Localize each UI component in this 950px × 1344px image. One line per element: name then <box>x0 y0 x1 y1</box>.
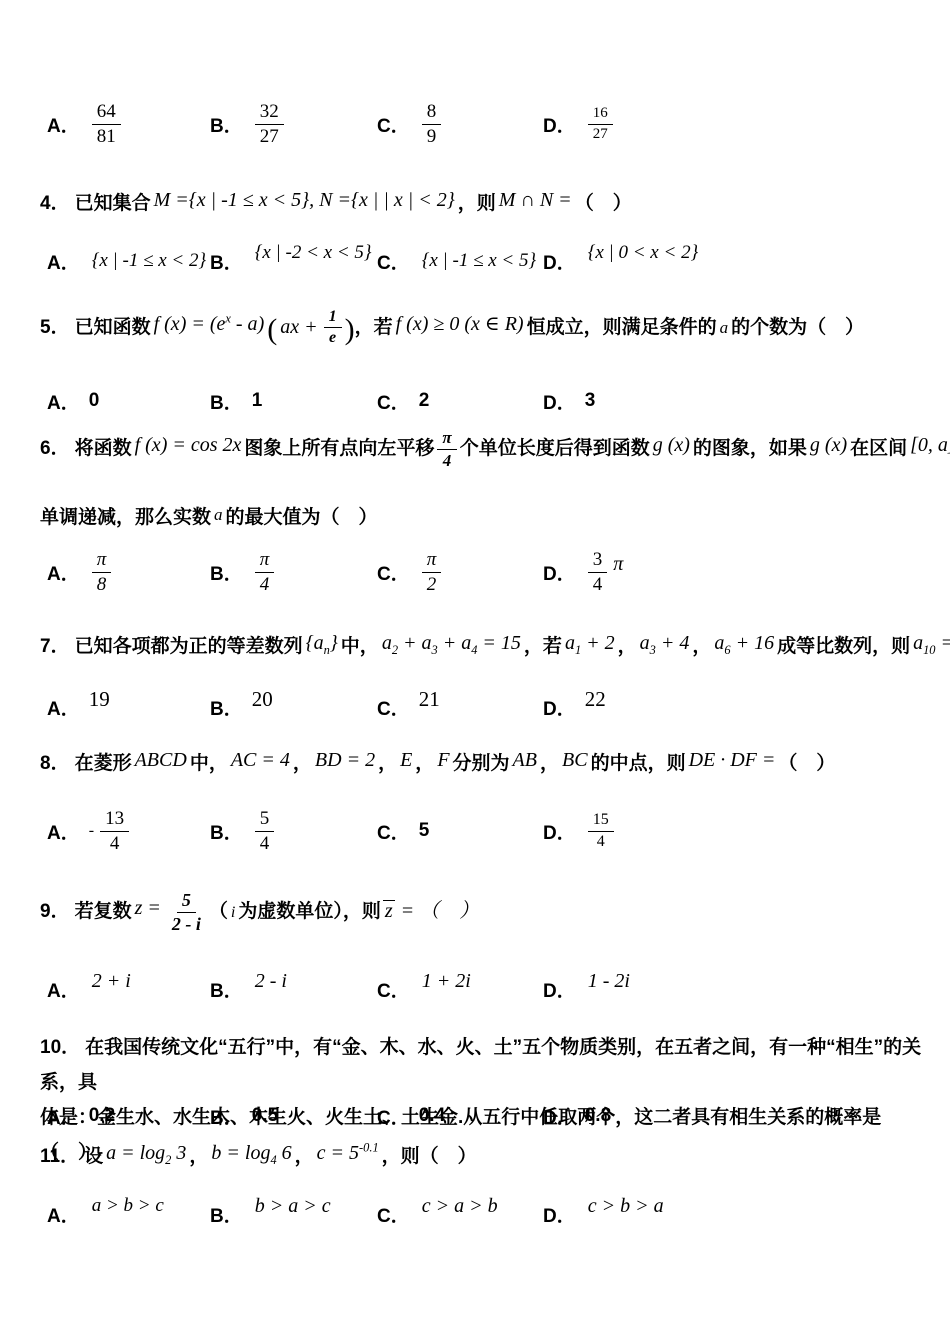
fraction: π4 <box>255 549 275 596</box>
z-conjugate: z <box>383 900 395 922</box>
q5-stem: 5．已知函数f (x) = (ex - a)(ax +1e)，若f (x) ≥ … <box>40 308 922 348</box>
option-label: B． <box>210 559 243 586</box>
stem-text: ， <box>295 1146 314 1167</box>
question-number: 7． <box>40 636 70 657</box>
pi-symbol: π <box>613 553 623 576</box>
option-label: D． <box>543 818 576 845</box>
fraction-numerator: π <box>422 549 442 573</box>
fraction: 134 <box>100 808 129 855</box>
fraction: 6481 <box>92 101 121 148</box>
fraction: 89 <box>422 101 442 148</box>
stem-text: 图象上所有点向左平移 <box>244 438 434 459</box>
math-expression: f (x) = (ex - a) <box>154 310 265 338</box>
fraction-numerator: 3 <box>588 549 608 573</box>
option-value: 0.4 <box>419 1105 445 1127</box>
fraction-numerator: 64 <box>92 101 121 125</box>
stem-text: 中， <box>190 753 228 774</box>
q4-option-d: D． {x | 0 < x < 2} <box>543 248 930 275</box>
question-number: 4． <box>40 193 70 214</box>
option-value: c > b > a <box>588 1195 664 1218</box>
fraction-denominator: 4 <box>592 832 610 851</box>
fraction-numerator: 8 <box>422 101 442 125</box>
q11-options-row: A． a > b > c B． b > a > c C． c > a > b D… <box>47 1192 930 1236</box>
q5-option-d: D． 3 <box>543 388 930 415</box>
stem-text: ， <box>692 636 711 657</box>
option-value: {x | -1 ≤ x < 5} <box>422 250 536 272</box>
answer-blank: （ ） <box>778 753 835 774</box>
answer-blank: （ ） <box>575 193 632 214</box>
math-expression: M ={x | -1 ≤ x < 5}, N ={x | | x | < 2} <box>154 186 455 214</box>
option-value: 0 <box>89 390 100 412</box>
minus-sign: - <box>89 822 94 840</box>
stem-text: ，若 <box>524 636 562 657</box>
question-number: 5． <box>40 317 70 338</box>
math-expression: F <box>437 746 449 774</box>
math-expression: a1 + 2 <box>565 629 615 659</box>
option-value: 0.8 <box>585 1105 611 1127</box>
fraction-numerator: 5 <box>255 808 275 832</box>
math-expression: f (x) ≥ 0 (x ∈ R) <box>396 310 524 338</box>
fraction-numerator: π <box>437 428 456 450</box>
q8-stem: 8．在菱形ABCD中，AC = 4，BD = 2，E，F分别为AB，BC的中点，… <box>40 749 922 778</box>
fraction-denominator: 4 <box>255 832 275 855</box>
stem-text: 单调递减，那么实数 <box>40 507 211 528</box>
option-label: A． <box>47 1103 80 1130</box>
math-expression: a = log2 3 <box>106 1139 186 1169</box>
fraction: 3227 <box>255 101 284 148</box>
option-label: C． <box>377 248 410 275</box>
stem-text: ，则 <box>458 193 496 214</box>
q5-option-c: C． 2 <box>377 388 543 415</box>
math-expression: E <box>400 746 412 774</box>
question-number: 11． <box>40 1146 79 1167</box>
math-expression: a <box>720 318 729 337</box>
q10-option-a: A． 0.2 <box>47 1103 210 1130</box>
option-value: 2 <box>419 390 430 412</box>
q7-option-d: D． 22 <box>543 694 930 721</box>
option-value: 2 - i <box>255 970 287 993</box>
option-value: 1 - 2i <box>588 970 630 993</box>
fraction: 1e <box>324 308 342 348</box>
stem-text: 中， <box>341 636 379 657</box>
option-label: C． <box>377 976 410 1003</box>
q4-option-a: A． {x | -1 ≤ x < 2} <box>47 248 210 275</box>
option-label: B． <box>210 111 243 138</box>
stem-text: 成等比数列，则 <box>777 636 910 657</box>
q3-option-d: D． 1627 <box>543 105 930 143</box>
q4-options-row: A． {x | -1 ≤ x < 2} B． {x | -2 < x < 5} … <box>47 240 930 282</box>
q10-options-row: A． 0.2 B． 0.5 C． 0.4 D． 0.8 <box>47 1100 930 1132</box>
stem-text: 在区间 <box>850 438 907 459</box>
fraction-numerator: 5 <box>177 890 196 913</box>
fraction-denominator: 8 <box>92 573 112 596</box>
q10-option-c: C． 0.4 <box>377 1103 543 1130</box>
q6-option-b: B． π4 <box>210 549 377 596</box>
option-value: 1 + 2i <box>422 970 471 993</box>
option-label: A． <box>47 694 80 721</box>
stem-text: 的最大值为（ ） <box>226 507 378 528</box>
math-expression: a6 + 16 <box>714 629 774 659</box>
option-label: C． <box>377 1201 410 1228</box>
option-value: 20 <box>252 687 273 712</box>
stem-text: ， <box>618 636 637 657</box>
option-label: D． <box>543 1103 576 1130</box>
question-number: 6． <box>40 438 70 459</box>
fraction-denominator: 2 - i <box>167 913 206 935</box>
option-value: 0.2 <box>89 1105 115 1127</box>
math-expression: a3 + 4 <box>640 629 690 659</box>
option-value: 19 <box>89 687 110 712</box>
q10-option-b: B． 0.5 <box>210 1103 377 1130</box>
option-label: A． <box>47 248 80 275</box>
q6-options-row: A． π8 B． π4 C． π2 D． 34 π <box>47 543 930 601</box>
fraction: 154 <box>588 811 614 851</box>
stem-text: ，若 <box>355 317 393 338</box>
stem-text: ， <box>540 753 559 774</box>
option-label: B． <box>210 818 243 845</box>
math-expression: g (x) <box>810 431 847 459</box>
option-label: D． <box>543 1201 576 1228</box>
q8-option-d: D． 154 <box>543 811 930 851</box>
stem-text: 的个数为（ ） <box>731 317 864 338</box>
math-expression: c = 5-0.1 <box>317 1139 379 1167</box>
option-label: D． <box>543 111 576 138</box>
math-expression: b = log4 6 <box>211 1139 291 1169</box>
q5-option-b: B． 1 <box>210 388 377 415</box>
q3-option-a: A． 6481 <box>47 101 210 148</box>
option-label: D． <box>543 559 576 586</box>
math-expression: i <box>231 904 235 921</box>
option-value: {x | -2 < x < 5} <box>255 242 372 264</box>
fraction-denominator: 9 <box>422 125 442 148</box>
option-value: 3 <box>585 390 596 412</box>
math-expression: z = <box>135 894 161 922</box>
q9-options-row: A． 2 + i B． 2 - i C． 1 + 2i D． 1 - 2i <box>47 968 930 1010</box>
q9-option-c: C． 1 + 2i <box>377 976 543 1003</box>
fraction-numerator: π <box>255 549 275 573</box>
option-label: D． <box>543 388 576 415</box>
fraction: 1627 <box>588 105 613 143</box>
stem-text: ， <box>415 753 434 774</box>
option-value: 21 <box>419 687 440 712</box>
q8-option-c: C． 5 <box>377 818 543 845</box>
option-label: A． <box>47 818 80 845</box>
stem-text: 已知各项都为正的等差数列 <box>75 636 303 657</box>
q5-options-row: A． 0 B． 1 C． 2 D． 3 <box>47 384 930 418</box>
stem-text: 为虚数单位），则 <box>238 901 381 922</box>
fraction-denominator: 4 <box>105 832 125 855</box>
option-value: a > b > c <box>92 1195 164 1217</box>
math-expression: DE · DF = <box>689 746 776 774</box>
option-value: 1 <box>252 390 263 412</box>
option-label: B． <box>210 248 243 275</box>
fraction-numerator: 16 <box>588 105 613 124</box>
fraction-denominator: 4 <box>438 450 457 471</box>
fraction: 34 <box>588 549 608 596</box>
stem-text: 已知函数 <box>75 317 151 338</box>
q6-stem-line2: 单调递减，那么实数a的最大值为（ ） <box>40 505 922 532</box>
option-label: C． <box>377 818 410 845</box>
option-label: C． <box>377 694 410 721</box>
option-label: B． <box>210 1201 243 1228</box>
stem-text: ， <box>189 1146 208 1167</box>
q6-option-a: A． π8 <box>47 549 210 596</box>
q4-option-c: C． {x | -1 ≤ x < 5} <box>377 248 543 275</box>
math-expression: BC <box>562 746 588 774</box>
stem-text: 个单位长度后得到函数 <box>460 438 650 459</box>
fraction: 52 - i <box>167 890 206 934</box>
option-label: B． <box>210 976 243 1003</box>
option-value: 2 + i <box>92 970 131 993</box>
q6-option-d: D． 34 π <box>543 549 930 596</box>
fraction: π2 <box>422 549 442 596</box>
q9-option-d: D． 1 - 2i <box>543 976 930 1003</box>
q7-option-b: B． 20 <box>210 694 377 721</box>
option-value: 5 <box>419 820 430 842</box>
question-number: 9． <box>40 901 70 922</box>
fraction-numerator: π <box>92 549 112 573</box>
fraction-denominator: 27 <box>588 125 613 143</box>
question-number: 8． <box>40 753 70 774</box>
stem-text: 在菱形 <box>75 753 132 774</box>
q7-option-a: A． 19 <box>47 694 210 721</box>
open-paren: ( <box>267 313 277 346</box>
option-label: B． <box>210 388 243 415</box>
stem-text: 已知集合 <box>75 193 151 214</box>
q9-option-b: B． 2 - i <box>210 976 377 1003</box>
stem-text: 在我国传统文化“五行”中，有“金、木、水、火、土”五个物质类别，在五者之间，有一… <box>40 1037 921 1093</box>
math-expression: g (x) <box>653 431 690 459</box>
fraction: π4 <box>437 428 456 470</box>
fraction-denominator: 81 <box>92 125 121 148</box>
q10-option-d: D． 0.8 <box>543 1103 930 1130</box>
option-label: A． <box>47 976 80 1003</box>
stem-text: 的图象，如果 <box>693 438 807 459</box>
q3-options-row: A． 6481 B． 3227 C． 89 D． 1627 <box>47 94 930 154</box>
math-expression: a10 = <box>913 629 950 659</box>
fraction-denominator: 4 <box>588 573 608 596</box>
stem-text: 的中点，则 <box>591 753 686 774</box>
q8-options-row: A． - 134 B． 54 C． 5 D． 154 <box>47 802 930 860</box>
q4-stem: 4．已知集合M ={x | -1 ≤ x < 5}, N ={x | | x |… <box>40 189 922 218</box>
q3-option-b: B． 3227 <box>210 101 377 148</box>
q6-option-c: C． π2 <box>377 549 543 596</box>
option-label: C． <box>377 1103 410 1130</box>
fraction-denominator: 27 <box>255 125 284 148</box>
stem-text: 分别为 <box>453 753 510 774</box>
option-value: c > a > b <box>422 1195 498 1218</box>
fraction-numerator: 32 <box>255 101 284 125</box>
option-label: C． <box>377 559 410 586</box>
option-label: B． <box>210 1103 243 1130</box>
stem-text: ， <box>293 753 312 774</box>
stem-text: ，则（ ） <box>382 1146 477 1167</box>
q9-stem: 9．若复数z =52 - i（i为虚数单位），则z= （ ） <box>40 890 922 934</box>
option-label: A． <box>47 1201 80 1228</box>
close-paren: ) <box>345 313 355 346</box>
q11-option-a: A． a > b > c <box>47 1201 210 1228</box>
q7-options-row: A． 19 B． 20 C． 21 D． 22 <box>47 686 930 728</box>
math-expression: ax + <box>280 316 317 338</box>
option-value: {x | -1 ≤ x < 2} <box>92 250 206 272</box>
option-label: D． <box>543 976 576 1003</box>
math-expression: ABCD <box>135 746 187 774</box>
fraction-numerator: 1 <box>324 308 342 328</box>
stem-text: ， <box>378 753 397 774</box>
stem-text: 若复数 <box>75 901 132 922</box>
option-label: B． <box>210 694 243 721</box>
option-label: D． <box>543 694 576 721</box>
stem-text: （ <box>209 901 228 922</box>
math-expression: = （ ） <box>401 900 480 922</box>
fraction-numerator: 13 <box>100 808 129 832</box>
q11-option-d: D． c > b > a <box>543 1201 930 1228</box>
option-label: A． <box>47 111 80 138</box>
math-expression: [0, a] <box>910 431 950 459</box>
q11-stem: 11．设a = log2 3，b = log4 6，c = 5-0.1，则（ ） <box>40 1142 922 1172</box>
q9-option-a: A． 2 + i <box>47 976 210 1003</box>
q8-option-a: A． - 134 <box>47 808 210 855</box>
option-value: {x | 0 < x < 2} <box>588 242 698 264</box>
fraction-denominator: e <box>324 328 341 347</box>
q11-option-b: B． b > a > c <box>210 1201 377 1228</box>
math-expression: AC = 4 <box>231 746 290 774</box>
math-expression: {an} <box>306 629 338 659</box>
option-value: 0.5 <box>252 1105 278 1127</box>
math-expression: AB <box>513 746 537 774</box>
option-label: A． <box>47 388 80 415</box>
fraction: π8 <box>92 549 112 596</box>
question-number: 10． <box>40 1037 80 1058</box>
fraction: 54 <box>255 808 275 855</box>
exam-page: A． 6481 B． 3227 C． 89 D． 1627 4．已知集合M ={… <box>0 0 950 1344</box>
q8-option-b: B． 54 <box>210 808 377 855</box>
option-label: C． <box>377 111 410 138</box>
option-value: b > a > c <box>255 1195 331 1218</box>
q5-option-a: A． 0 <box>47 388 210 415</box>
option-value: 22 <box>585 687 606 712</box>
math-expression: a <box>214 503 223 527</box>
math-expression: BD = 2 <box>315 746 375 774</box>
option-label: D． <box>543 248 576 275</box>
q6-stem-line1: 6．将函数f (x) = cos 2x图象上所有点向左平移π4个单位长度后得到函… <box>40 428 922 470</box>
stem-text: 恒成立，则满足条件的 <box>527 317 717 338</box>
q11-option-c: C． c > a > b <box>377 1201 543 1228</box>
math-expression: f (x) = cos 2x <box>135 431 242 459</box>
stem-text: 设 <box>84 1146 103 1167</box>
fraction-denominator: 4 <box>255 573 275 596</box>
math-expression: M ∩ N = <box>499 186 572 214</box>
stem-text: 将函数 <box>75 438 132 459</box>
q7-stem: 7．已知各项都为正的等差数列{an}中，a2 + a3 + a4 = 15，若a… <box>40 632 922 662</box>
option-label: A． <box>47 559 80 586</box>
q3-option-c: C． 89 <box>377 101 543 148</box>
option-label: C． <box>377 388 410 415</box>
math-expression: a2 + a3 + a4 = 15 <box>382 629 521 659</box>
q7-option-c: C． 21 <box>377 694 543 721</box>
fraction-numerator: 15 <box>588 811 614 831</box>
q4-option-b: B． {x | -2 < x < 5} <box>210 248 377 275</box>
fraction-denominator: 2 <box>422 573 442 596</box>
